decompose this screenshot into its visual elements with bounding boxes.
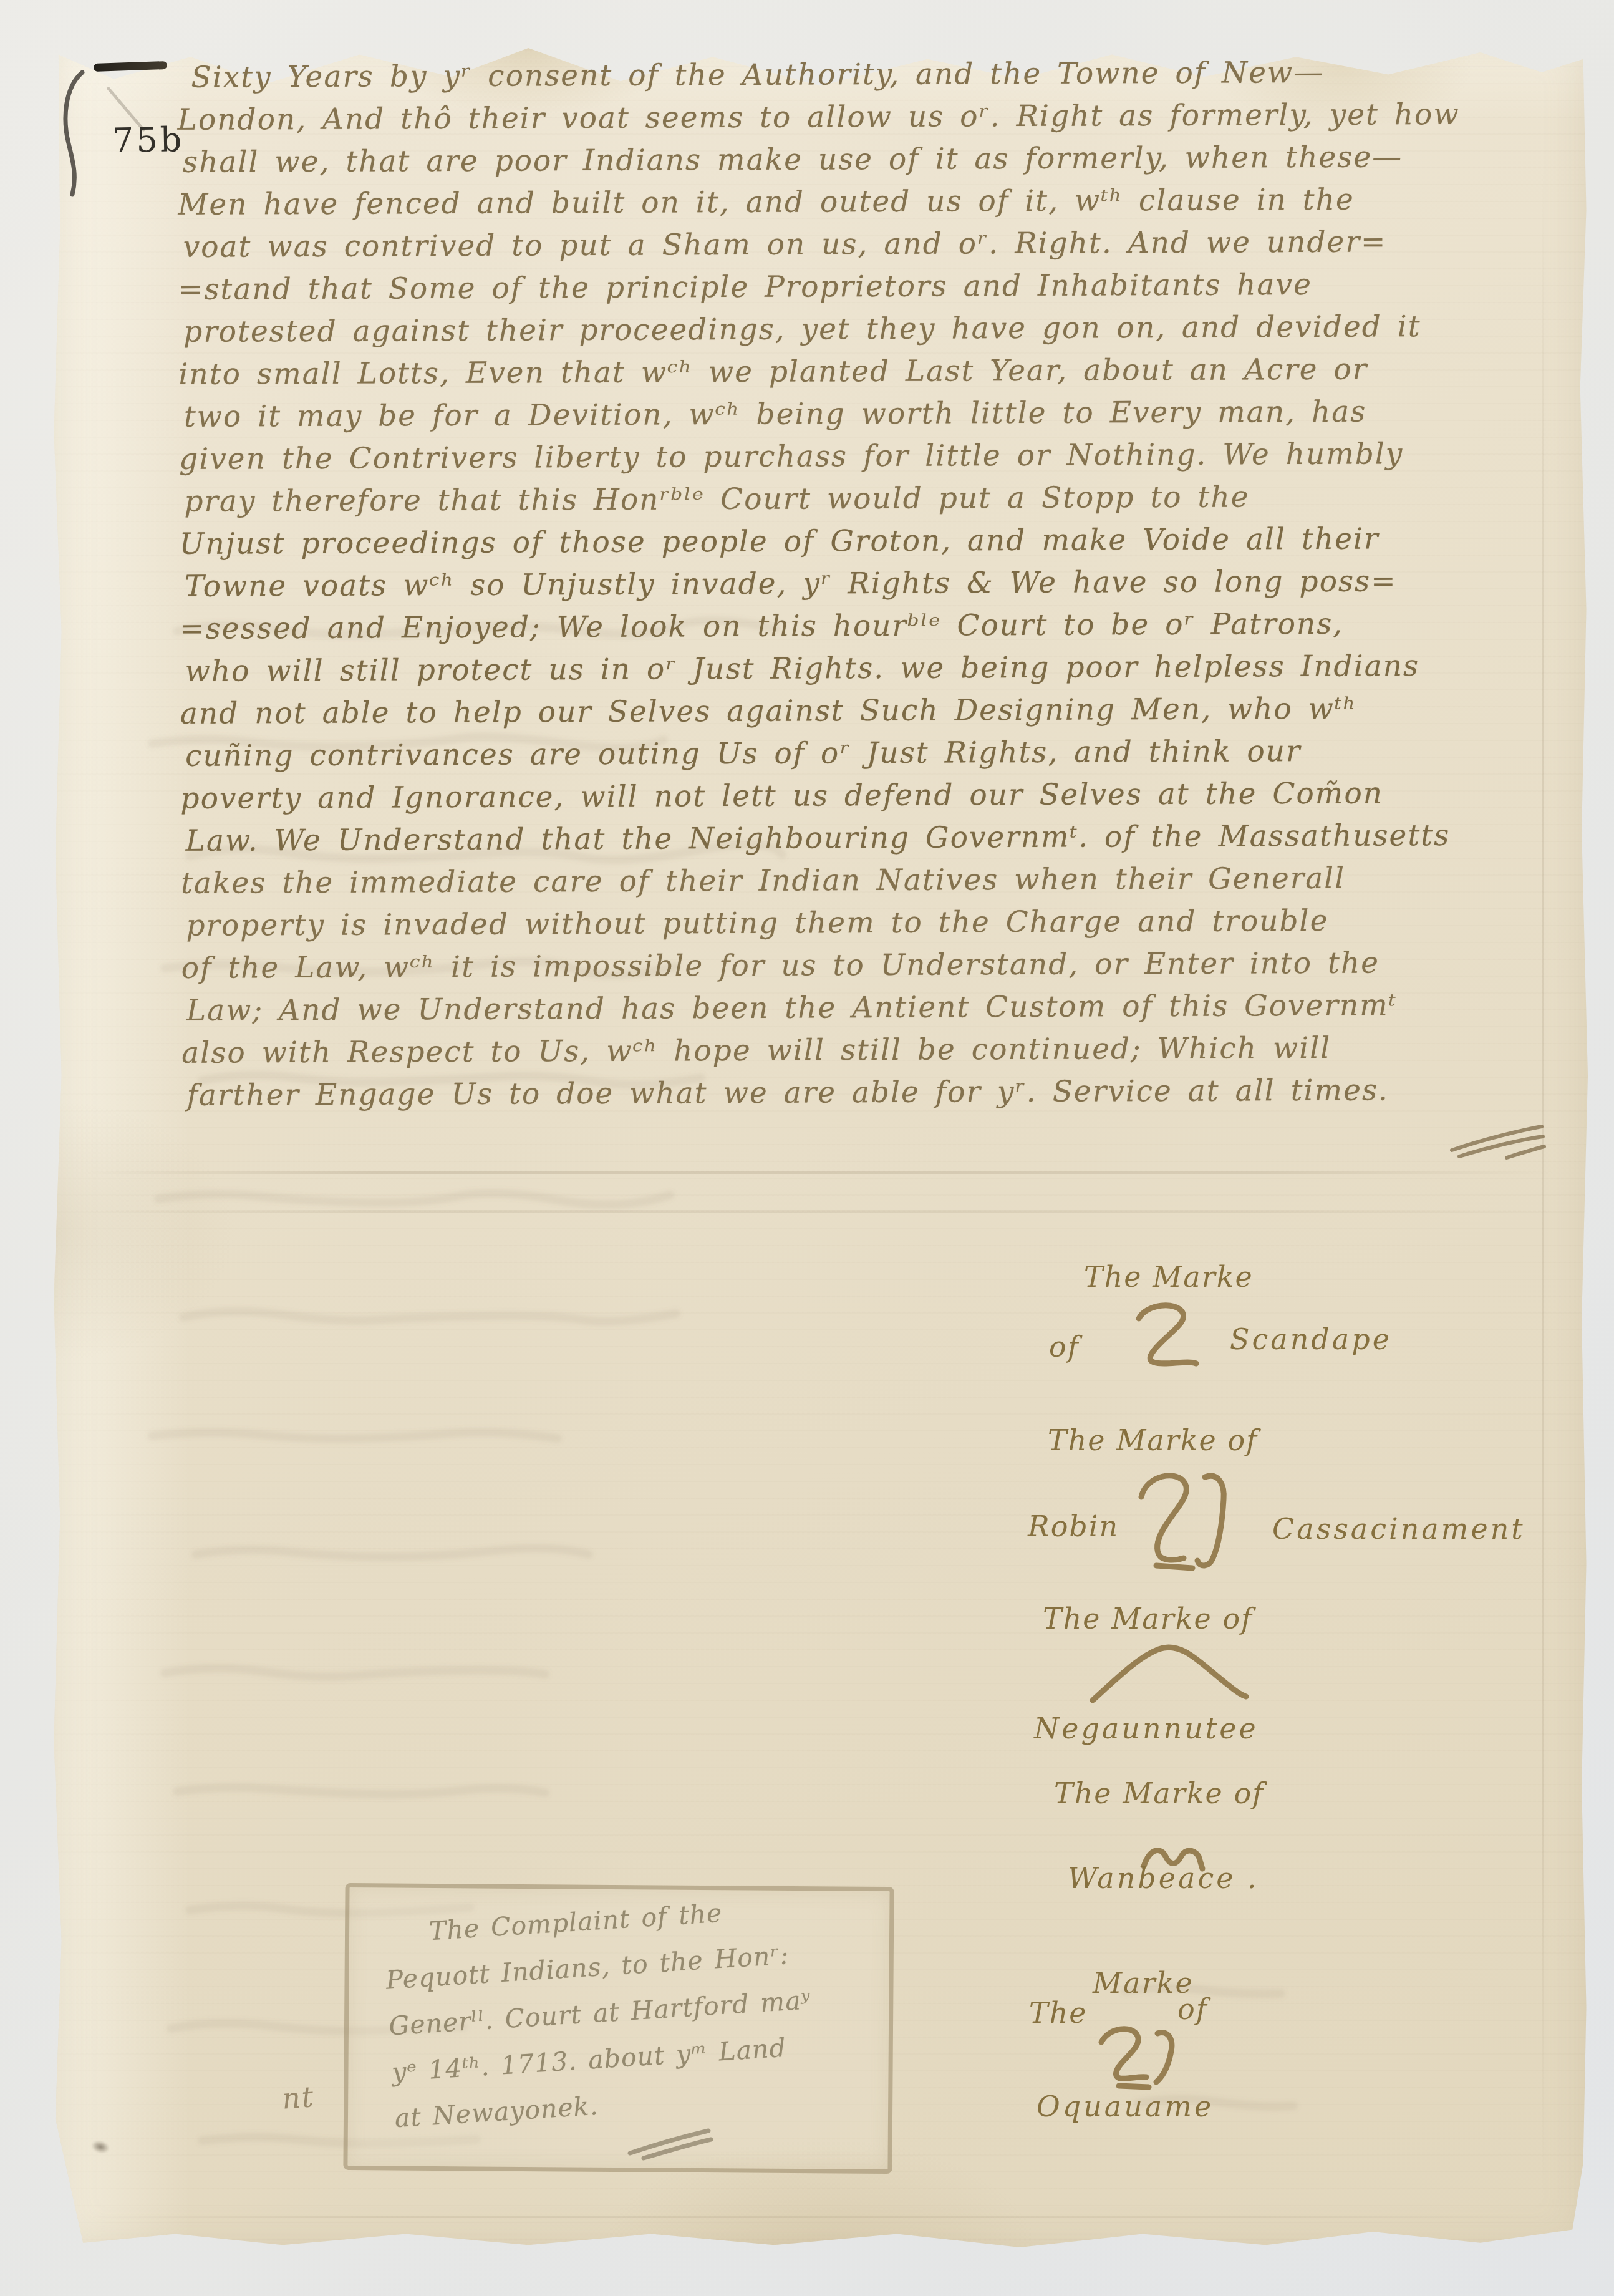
letter-line: Towne voats wᶜʰ so Unjustly invade, yʳ R… (185, 559, 1570, 608)
stray-ink-mark: nt (281, 2082, 315, 2113)
letter-line: Unjust proceedings of those people of Gr… (180, 517, 1570, 566)
letter-line: Law. We Understand that the Neighbouring… (186, 814, 1572, 863)
closing-flourish (1447, 1114, 1553, 1164)
docket-text: The Complaint of the Pequott Indians, to… (382, 1881, 882, 2141)
letter-line: London, And thô their voat seems to allo… (178, 93, 1568, 142)
letter-body: Sixty Years by yʳ consent of the Authori… (177, 51, 1572, 1117)
signature-wanbeace: The Marke of Wanbeace . (1029, 1776, 1478, 1926)
signature-cassacinament: The Marke of Robin Cassacinament (1028, 1423, 1564, 1579)
folio-number: 75b (112, 123, 185, 158)
letter-line: property is invaded without putting them… (186, 899, 1572, 947)
letter-line: protested against their proceedings, yet… (183, 305, 1569, 354)
scanned-manuscript-page: 75b Sixty Years by yʳ consent of the Aut… (0, 0, 1614, 2296)
signature-oquauame: The Marke of Oquauame (1023, 1957, 1497, 2138)
letter-line: Men have fenced and built on it, and out… (178, 178, 1568, 226)
signature-intro: The Marke of (1048, 1423, 1258, 1458)
letter-line: Law; And we Understand has been the Anti… (186, 984, 1572, 1032)
signature-of: of (1177, 1992, 1208, 2027)
signature-negaunnutee: The Marke of Negaunnutee (1029, 1602, 1478, 1758)
signature-of: of (1049, 1330, 1080, 1364)
archival-ink-curl (57, 67, 95, 205)
signature-intro: The Marke of (1054, 1776, 1264, 1811)
letter-line: and not able to help our Selves against … (180, 687, 1571, 735)
negaunnutee-mark-icon (1086, 1638, 1255, 1713)
signature-name: Negaunnutee (1034, 1712, 1259, 1746)
signature-scandape: The Marke of Scandape (1048, 1260, 1497, 1391)
letter-line: voat was contrived to put a Sham on us, … (183, 220, 1568, 269)
letter-line: Sixty Years by yʳ consent of the Authori… (191, 51, 1568, 99)
letter-line: two it may be for a Devition, wᶜʰ being … (184, 390, 1570, 438)
signature-name: Scandape (1230, 1322, 1392, 1357)
signature-intro: The Marke (1084, 1260, 1254, 1294)
letter-line: who will still protect us in oʳ Just Rig… (185, 644, 1570, 693)
letter-line: =sessed and Enjoyed; We look on this hou… (180, 602, 1570, 651)
signature-the: The (1029, 1996, 1088, 2030)
signature-name: Cassacinament (1272, 1512, 1525, 1546)
cassacinament-mark-icon (1123, 1458, 1254, 1583)
scandape-mark-icon (1121, 1295, 1215, 1388)
letter-line: shall we, that are poor Indians make use… (183, 135, 1568, 184)
signature-name: Wanbeace . (1068, 1861, 1259, 1896)
docket-flourish (625, 2126, 718, 2163)
letter-line: given the Contrivers liberty to purchass… (179, 432, 1570, 481)
signature-name: Oquauame (1037, 2090, 1214, 2124)
letter-line: farther Engage Us to doe what we are abl… (186, 1068, 1572, 1117)
letter-line: cuñing contrivances are outing Us of oʳ … (185, 729, 1571, 778)
letter-line: pray therefore that this Honʳᵇˡᵉ Court w… (184, 475, 1570, 523)
letter-line: takes the immediate care of their Indian… (181, 856, 1572, 905)
letter-line: of the Law, wᶜʰ it is impossible for us … (181, 941, 1572, 990)
letter-line: also with Respect to Us, wᶜʰ hope will s… (181, 1026, 1572, 1075)
oquauame-mark-icon (1083, 2016, 1195, 2097)
letter-line: =stand that Some of the principle Propri… (178, 263, 1569, 311)
signature-intro: The Marke of (1043, 1602, 1253, 1636)
signature-prefix: Robin (1028, 1509, 1119, 1544)
letter-line: poverty and Ignorance, will not lett us … (180, 772, 1571, 820)
letter-line: into small Lotts, Even that wᶜʰ we plant… (178, 347, 1569, 396)
